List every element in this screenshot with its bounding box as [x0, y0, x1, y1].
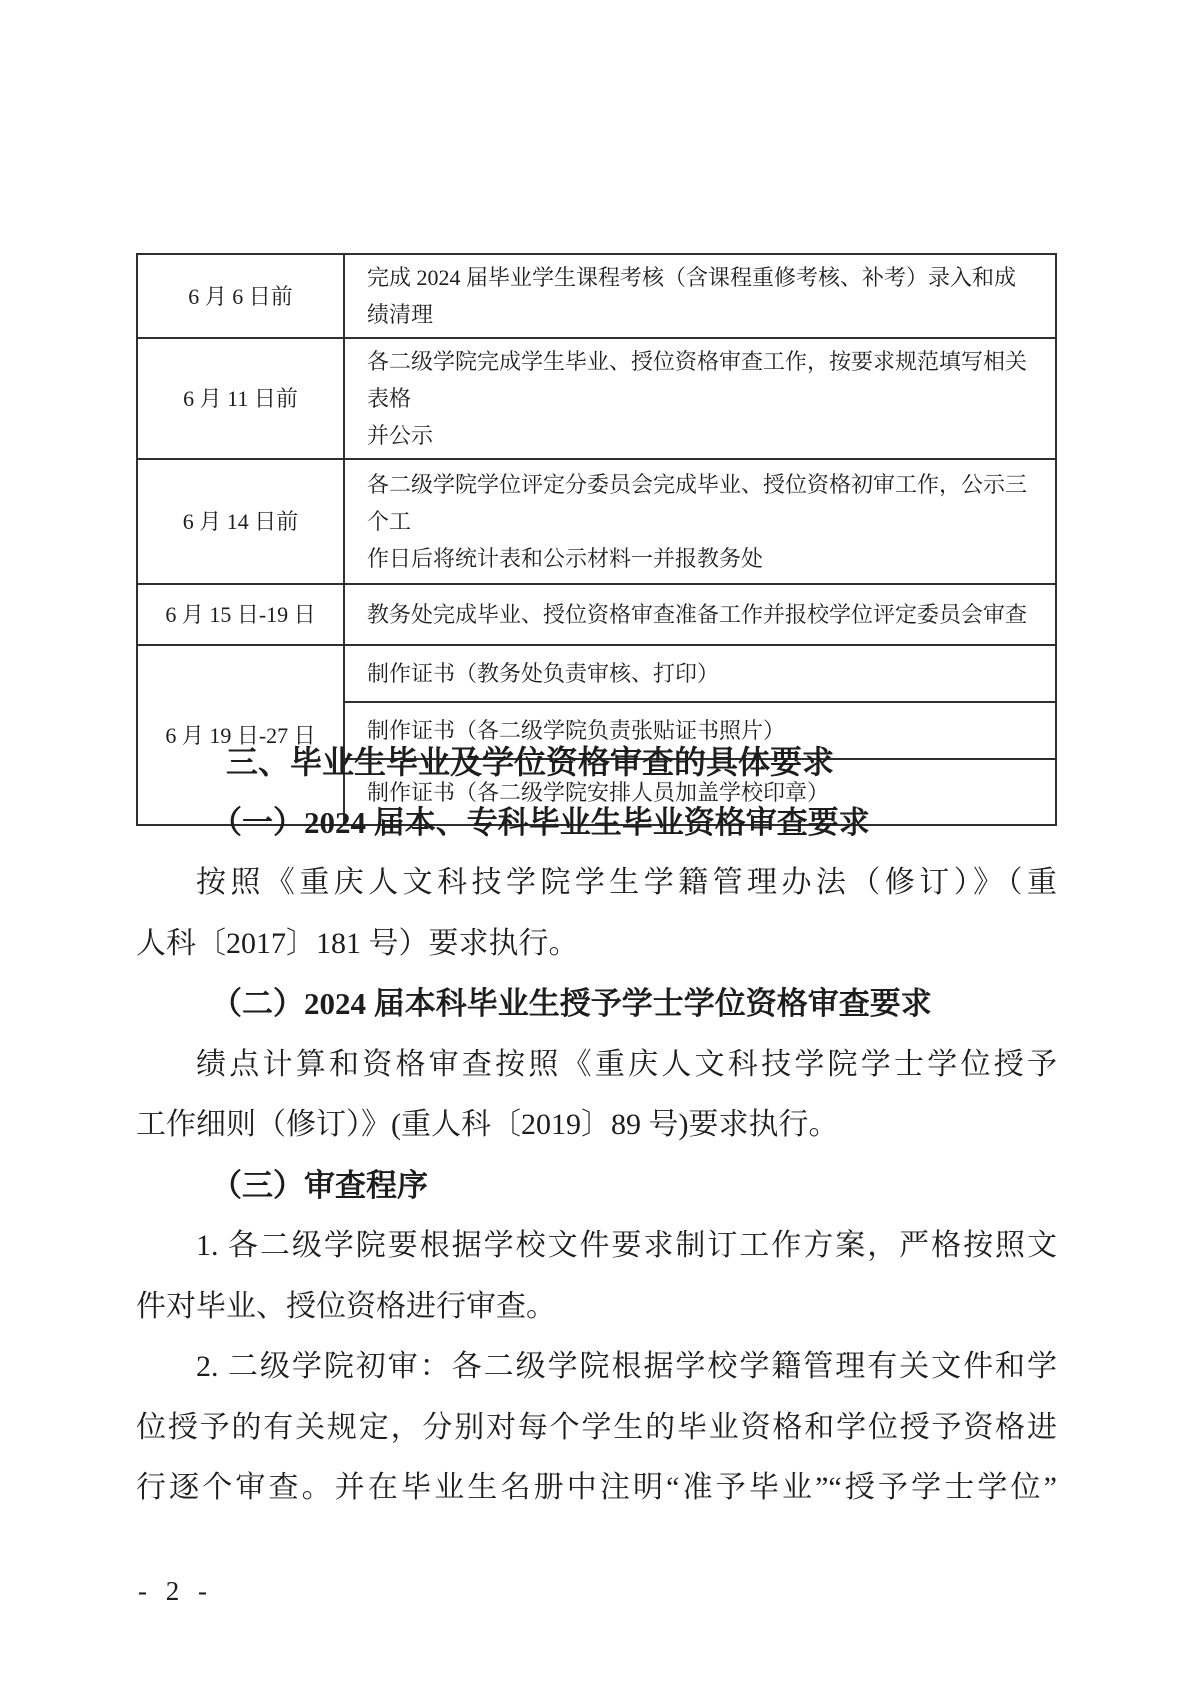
- body-text-line: 2. 二级学院初审：各二级学院根据学校学籍管理有关文件和学: [136, 1337, 1057, 1398]
- schedule-task-cell: 完成 2024 届毕业学生课程考核（含课程重修考核、补考）录入和成绩清理: [344, 254, 1056, 338]
- schedule-row: 6 月 11 日前各二级学院完成学生毕业、授位资格审查工作，按要求规范填写相关表…: [137, 338, 1056, 459]
- sub-heading-line: （一）2024 届本、专科毕业生毕业资格审查要求: [136, 793, 1057, 854]
- sub-heading-line: （三）审查程序: [136, 1156, 1057, 1217]
- section-heading: 三、毕业生毕业及学位资格审查的具体要求: [136, 732, 1057, 793]
- body-text-line: 行逐个审查。并在毕业生名册中注明“准予毕业”“授予学士学位”: [136, 1458, 1057, 1519]
- body-text-line: 绩点计算和资格审查按照《重庆人文科技学院学士学位授予: [136, 1035, 1057, 1096]
- schedule-row: 6 月 19 日-27 日制作证书（教务处负责审核、打印）: [137, 645, 1056, 702]
- document-body: 三、毕业生毕业及学位资格审查的具体要求（一）2024 届本、专科毕业生毕业资格审…: [136, 732, 1057, 1519]
- sub-heading-line: （二）2024 届本科毕业生授予学士学位资格审查要求: [136, 974, 1057, 1035]
- schedule-task-cell: 制作证书（教务处负责审核、打印）: [344, 645, 1056, 702]
- body-text-line: 工作细则（修订）》(重人科〔2019〕89 号)要求执行。: [136, 1095, 1057, 1156]
- document-page: 6 月 6 日前完成 2024 届毕业学生课程考核（含课程重修考核、补考）录入和…: [0, 0, 1191, 1684]
- body-text-line: 1. 各二级学院要根据学校文件要求制订工作方案，严格按照文: [136, 1216, 1057, 1277]
- body-text-line: 位授予的有关规定，分别对每个学生的毕业资格和学位授予资格进: [136, 1398, 1057, 1459]
- page-number: - 2 -: [138, 1576, 213, 1607]
- body-text-line: 人科〔2017〕181 号）要求执行。: [136, 914, 1057, 975]
- body-text-line: 件对毕业、授位资格进行审查。: [136, 1277, 1057, 1338]
- schedule-date-cell: 6 月 6 日前: [137, 254, 344, 338]
- schedule-date-cell: 6 月 15 日-19 日: [137, 584, 344, 645]
- schedule-row: 6 月 15 日-19 日教务处完成毕业、授位资格审查准备工作并报校学位评定委员…: [137, 584, 1056, 645]
- schedule-row: 6 月 14 日前各二级学院学位评定分委员会完成毕业、授位资格初审工作，公示三个…: [137, 459, 1056, 584]
- body-text-line: 按照《重庆人文科技学院学生学籍管理办法（修订）》（重: [136, 853, 1057, 914]
- schedule-task-cell: 各二级学院学位评定分委员会完成毕业、授位资格初审工作，公示三个工 作日后将统计表…: [344, 459, 1056, 584]
- schedule-row: 6 月 6 日前完成 2024 届毕业学生课程考核（含课程重修考核、补考）录入和…: [137, 254, 1056, 338]
- schedule-date-cell: 6 月 14 日前: [137, 459, 344, 584]
- schedule-date-cell: 6 月 11 日前: [137, 338, 344, 459]
- schedule-task-cell: 教务处完成毕业、授位资格审查准备工作并报校学位评定委员会审查: [344, 584, 1056, 645]
- schedule-task-cell: 各二级学院完成学生毕业、授位资格审查工作，按要求规范填写相关表格 并公示: [344, 338, 1056, 459]
